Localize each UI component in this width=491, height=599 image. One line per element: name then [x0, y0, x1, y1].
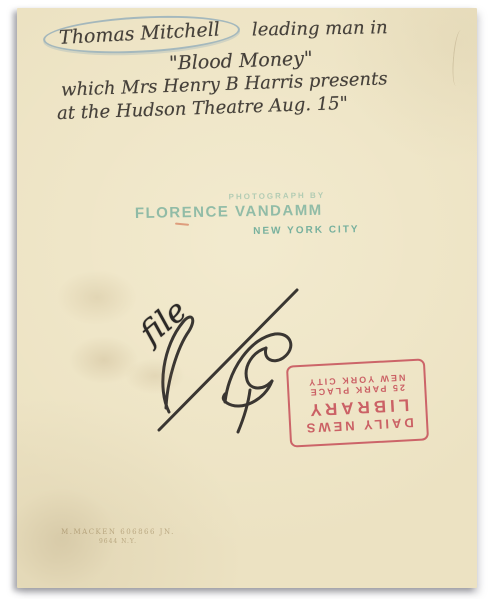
- imprint-line-1: M.MACKEN 606866 JN.: [43, 528, 193, 536]
- photographer-stamp-city: NEW YORK CITY: [253, 224, 360, 237]
- photographer-stamp-name: FLORENCE VANDAMM: [135, 202, 323, 222]
- handwriting-line-2: "Blood Money": [169, 47, 313, 74]
- paper-crease: [451, 30, 467, 87]
- photographer-stamp: PHOTOGRAPH BY FLORENCE VANDAMM NEW YORK …: [135, 190, 366, 250]
- imprint-line-2: 9644 N.Y.: [43, 538, 193, 545]
- handwriting-line-1-rest: leading man in: [252, 17, 388, 40]
- photographer-stamp-prefix: PHOTOGRAPH BY: [229, 191, 326, 202]
- red-pencil-dash: [175, 223, 189, 226]
- photo-paper-verso: Thomas Mitchell leading man in "Blood Mo…: [17, 8, 477, 588]
- library-stamp: DAILY NEWS LIBRARY 25 PARK PLACE NEW YOR…: [286, 358, 429, 447]
- scan-background: Thomas Mitchell leading man in "Blood Mo…: [0, 0, 491, 599]
- paper-stain: [57, 270, 137, 325]
- handwriting-line-1: Thomas Mitchell leading man in: [42, 8, 388, 56]
- photographer-imprint: M.MACKEN 606866 JN. 9644 N.Y.: [43, 528, 193, 545]
